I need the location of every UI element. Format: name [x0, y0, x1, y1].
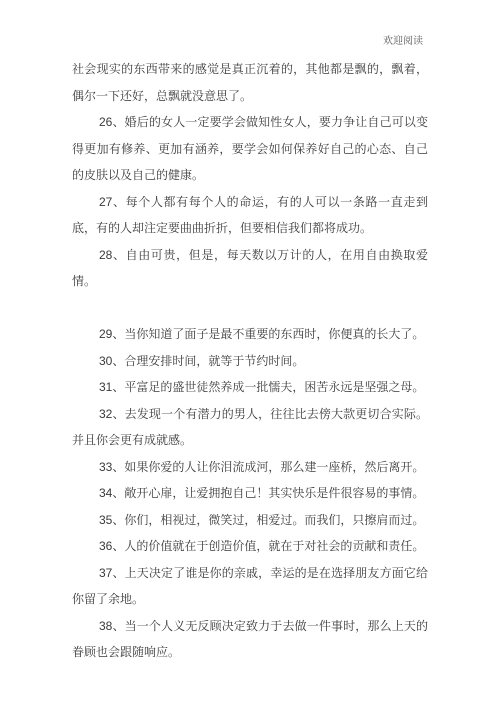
paragraph-item-26: 26、婚后的女人一定要学会做知性女人，要力争让自己可以变得更加有修养、更加有涵养… [72, 109, 428, 189]
paragraph-item-31: 31、平富足的盛世徒然养成一批懦夫，困苦永远是坚强之母。 [72, 374, 428, 401]
paragraph-item-29: 29、当你知道了面子是最不重要的东西时，你便真的长大了。 [72, 321, 428, 348]
paragraph-item-32: 32、去发现一个有潜力的男人，往往比去傍大款更切合实际。并且你会更有成就感。 [72, 401, 428, 454]
document-body: 社会现实的东西带来的感觉是真正沉着的，其他都是飘的，飘着，偶尔一下还好，总飘就没… [72, 56, 428, 666]
paragraph-item-34: 34、敞开心扉，让爱拥抱自己！其实快乐是件很容易的事情。 [72, 480, 428, 507]
paragraph-item-35: 35、你们，相视过，微笑过，相爱过。而我们，只擦肩而过。 [72, 507, 428, 534]
paragraph-item-27: 27、每个人都有每个人的命运，有的人可以一条路一直走到底，有的人却注定要曲曲折折… [72, 189, 428, 242]
paragraph-continuation: 社会现实的东西带来的感觉是真正沉着的，其他都是飘的，飘着，偶尔一下还好，总飘就没… [72, 56, 428, 109]
paragraph-item-30: 30、合理安排时间，就等于节约时间。 [72, 348, 428, 375]
paragraph-item-33: 33、如果你爱的人让你泪流成河，那么建一座桥，然后离开。 [72, 454, 428, 481]
header-text: 欢迎阅读 [383, 36, 423, 47]
page-header: 欢迎阅读 [383, 36, 423, 48]
blank-line [72, 295, 428, 322]
paragraph-item-37: 37、上天决定了谁是你的亲戚，幸运的是在选择朋友方面它给你留了余地。 [72, 560, 428, 613]
paragraph-item-28: 28、自由可贵，但是，每天数以万计的人，在用自由换取爱情。 [72, 242, 428, 295]
document-page: 欢迎阅读 社会现实的东西带来的感觉是真正沉着的，其他都是飘的，飘着，偶尔一下还好… [0, 0, 500, 707]
paragraph-item-38: 38、当一个人义无反顾决定致力于去做一件事时，那么上天的眷顾也会跟随响应。 [72, 613, 428, 666]
paragraph-item-36: 36、人的价值就在于创造价值，就在于对社会的贡献和责任。 [72, 533, 428, 560]
